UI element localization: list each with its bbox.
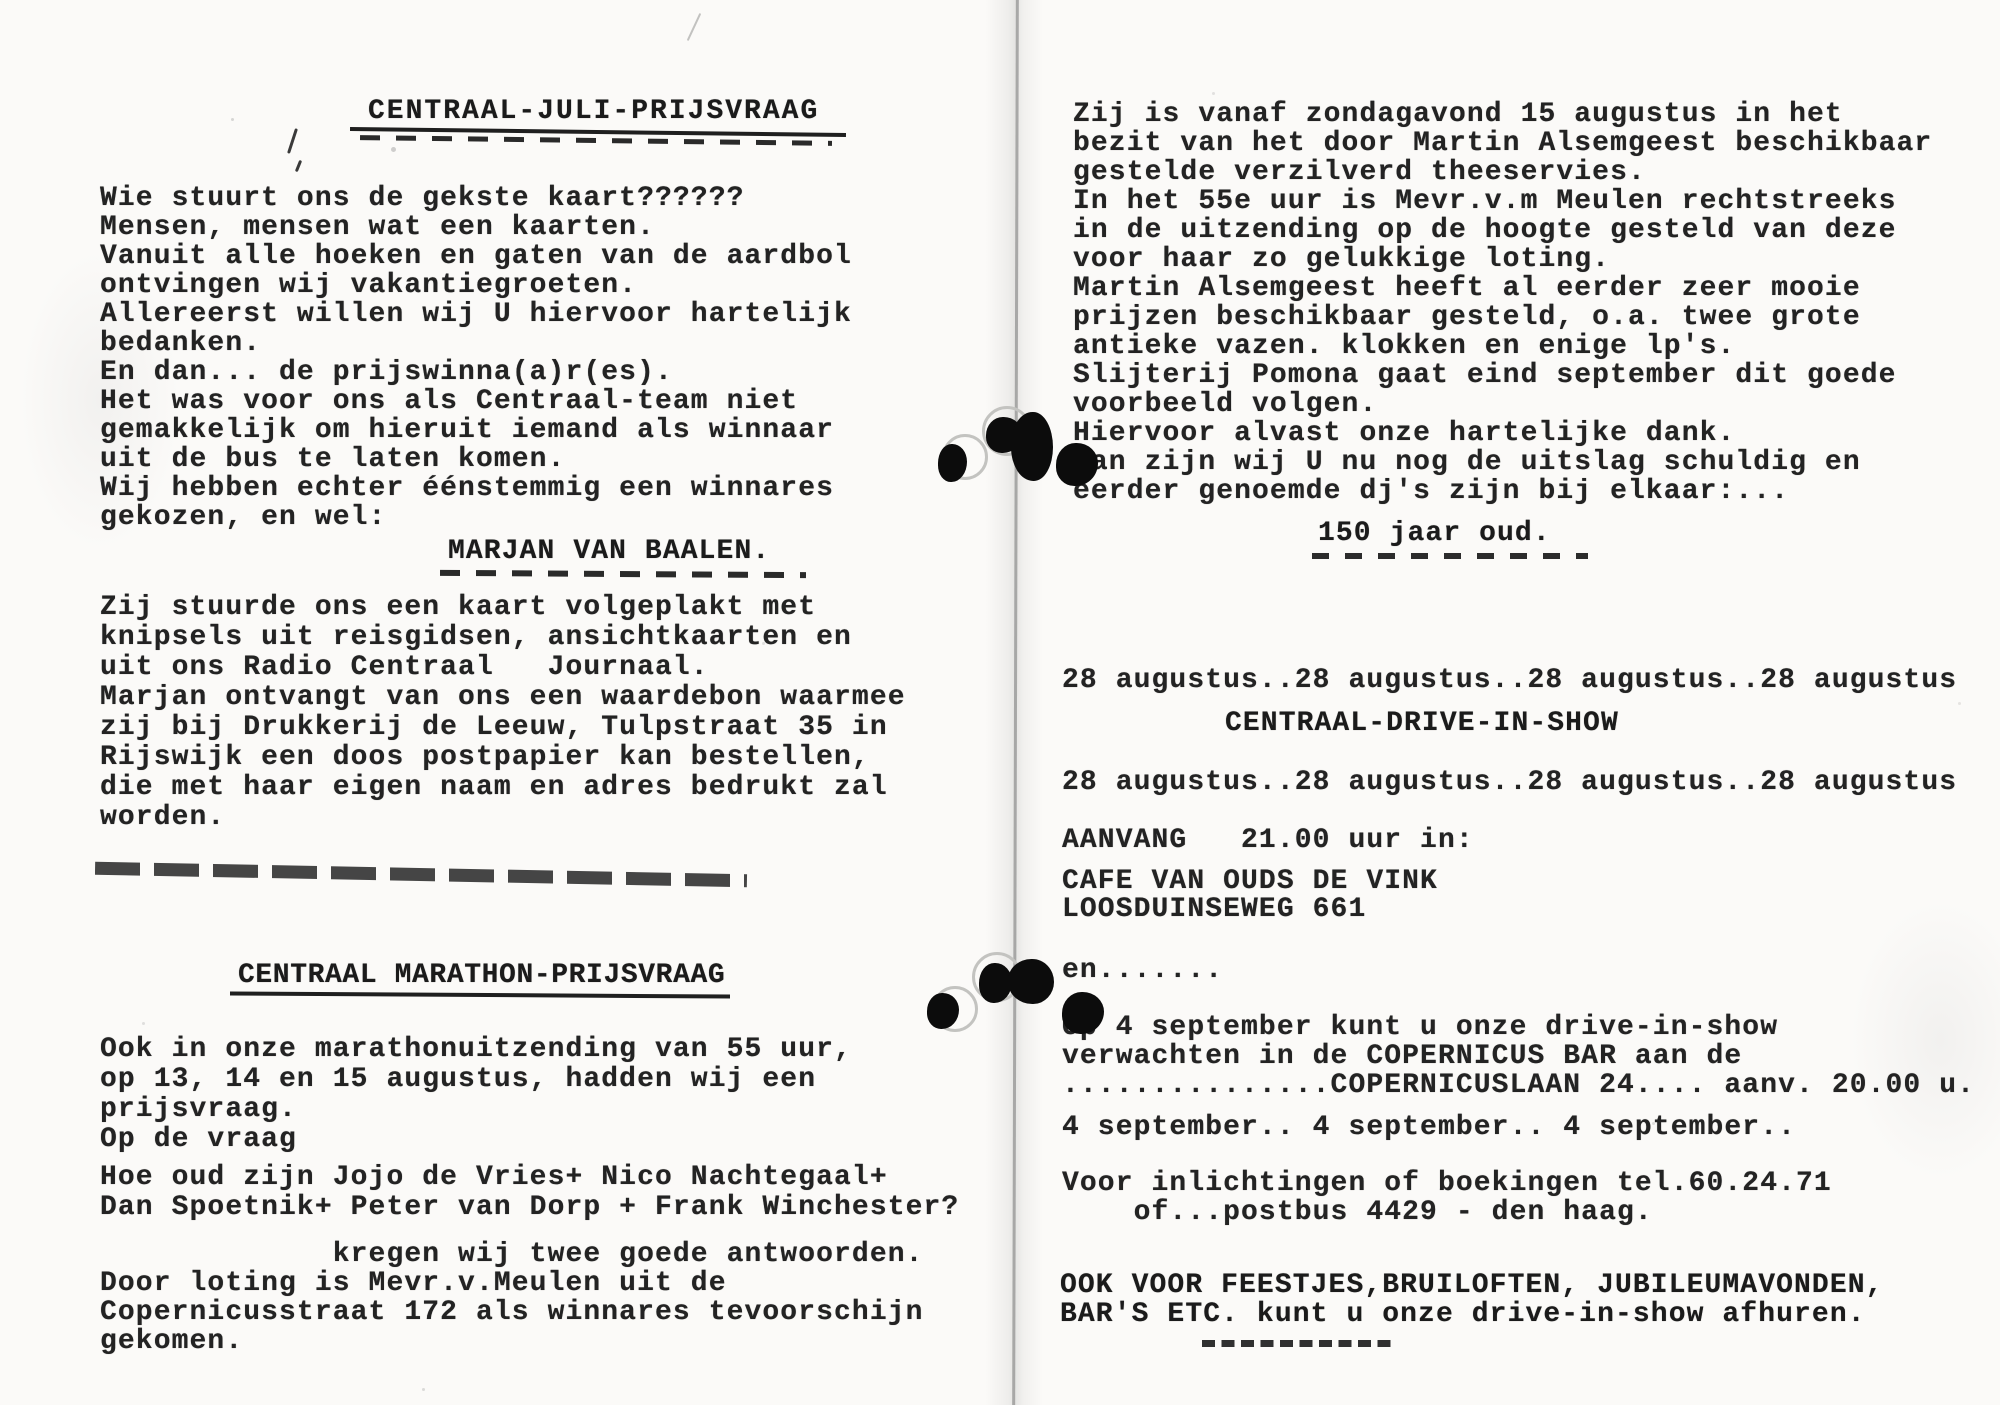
text-line: Hiervoor alvast onze hartelijke dank. — [1073, 419, 1932, 448]
text-line: knipsels uit reisgidsen, ansichtkaarten … — [100, 623, 906, 653]
text-line: bezit van het door Martin Alsemgeest bes… — [1073, 129, 1932, 158]
prize-description-paragraph: Zij stuurde ons een kaart volgeplakt met… — [100, 593, 906, 833]
show-title: CENTRAAL-DRIVE-IN-SHOW — [1225, 709, 1619, 738]
text-line: Rijswijk een doos postpapier kan bestell… — [100, 743, 906, 773]
en-line: en....... — [1062, 956, 1223, 985]
scratch-mark-faint — [687, 13, 701, 41]
text-line: eerder genoemde dj's zijn bij elkaar:... — [1073, 477, 1932, 506]
text-line: die met haar eigen naam en adres bedrukt… — [100, 773, 906, 803]
text-line: Marjan ontvangt van ons een waardebon wa… — [100, 683, 906, 713]
contact-paragraph: Voor inlichtingen of boekingen tel.60.24… — [1062, 1169, 1832, 1227]
scratch-mark — [287, 128, 298, 154]
footer-paragraph: OOK VOOR FEESTJES,BRUILOFTEN, JUBILEUMAV… — [1060, 1271, 1884, 1329]
text-line: gemakkelijk om hieruit iemand als winnaa… — [100, 416, 852, 445]
text-line: Wij hebben echter éénstemmig een winnare… — [100, 474, 852, 503]
text-line: OOK VOOR FEESTJES,BRUILOFTEN, JUBILEUMAV… — [1060, 1271, 1884, 1300]
text-line: antieke vazen. klokken en enige lp's. — [1073, 332, 1932, 361]
heading-juli-prijsvraag: CENTRAAL-JULI-PRIJSVRAAG — [368, 97, 819, 126]
heading-juli-dashed-underline — [360, 135, 832, 146]
september-paragraph: Op 4 september kunt u onze drive-in-show… — [1062, 1013, 1975, 1100]
marathon-result-paragraph: kregen wij twee goede antwoorden.Door lo… — [100, 1240, 924, 1356]
text-line: Martin Alsemgeest heeft al eerder zeer m… — [1073, 274, 1932, 303]
text-line: voorbeeld volgen. — [1073, 390, 1932, 419]
text-line: Copernicusstraat 172 als winnares tevoor… — [100, 1298, 924, 1327]
heading-marathon-prijsvraag: CENTRAAL MARATHON-PRIJSVRAAG — [238, 961, 725, 990]
scanned-newsletter-spread: CENTRAAL-JULI-PRIJSVRAAG Wie stuurt ons … — [0, 0, 2000, 1405]
age-answer-dashed-underline — [1312, 553, 1588, 559]
binding-hole-blob — [1011, 412, 1053, 481]
text-line: Door loting is Mevr.v.Meulen uit de — [100, 1269, 924, 1298]
marathon-question-paragraph: Hoe oud zijn Jojo de Vries+ Nico Nachteg… — [100, 1163, 959, 1223]
text-line: voor haar zo gelukkige loting. — [1073, 245, 1932, 274]
juli-intro-paragraph: Wie stuurt ons de gekste kaart??????Mens… — [100, 184, 852, 532]
text-line: In het 55e uur is Mevr.v.m Meulen rechts… — [1073, 187, 1932, 216]
section-separator-dashes — [95, 862, 747, 888]
venue-address: CAFE VAN OUDS DE VINKLOOSDUINSEWEG 661 — [1062, 868, 1438, 924]
text-line: zij bij Drukkerij de Leeuw, Tulpstraat 3… — [100, 713, 906, 743]
age-answer: 150 jaar oud. — [1318, 519, 1551, 548]
winner-name: MARJAN VAN BAALEN. — [448, 537, 770, 566]
text-line: Vanuit alle hoeken en gaten van de aardb… — [100, 242, 852, 271]
text-line: worden. — [100, 803, 906, 833]
text-line: Op 4 september kunt u onze drive-in-show — [1062, 1013, 1975, 1042]
scratch-mark — [295, 160, 302, 172]
text-line: uit de bus te laten komen. — [100, 445, 852, 474]
text-line: CAFE VAN OUDS DE VINK — [1062, 868, 1438, 896]
september-banner: 4 september.. 4 september.. 4 september.… — [1062, 1113, 1796, 1142]
text-line: uit ons Radio Centraal Journaal. — [100, 653, 906, 683]
text-line: Voor inlichtingen of boekingen tel.60.24… — [1062, 1169, 1832, 1198]
text-line: Slijterij Pomona gaat eind september dit… — [1073, 361, 1932, 390]
text-line: BAR'S ETC. kunt u onze drive-in-show afh… — [1060, 1300, 1884, 1329]
marathon-intro-paragraph: Ook in onze marathonuitzending van 55 uu… — [100, 1035, 852, 1155]
text-line: gestelde verzilverd theeservies. — [1073, 158, 1932, 187]
text-line: ...............COPERNICUSLAAN 24.... aan… — [1062, 1071, 1975, 1100]
prize-detail-paragraph: Zij is vanaf zondagavond 15 augustus in … — [1073, 100, 1932, 506]
text-line: gekomen. — [100, 1327, 924, 1356]
winner-name-dashed-underline — [440, 570, 806, 578]
text-line: ontvingen wij vakantiegroeten. — [100, 271, 852, 300]
text-line: op 13, 14 en 15 augustus, hadden wij een — [100, 1065, 852, 1095]
text-line: Dan Spoetnik+ Peter van Dorp + Frank Win… — [100, 1193, 959, 1223]
aanvang-line: AANVANG 21.00 uur in: — [1062, 826, 1474, 855]
text-line: En dan... de prijswinna(a)r(es). — [100, 358, 852, 387]
text-line: Hoe oud zijn Jojo de Vries+ Nico Nachteg… — [100, 1163, 959, 1193]
text-line: Op de vraag — [100, 1125, 852, 1155]
text-line: prijsvraag. — [100, 1095, 852, 1125]
text-line: Zij stuurde ons een kaart volgeplakt met — [100, 593, 906, 623]
text-line: Zij is vanaf zondagavond 15 augustus in … — [1073, 100, 1932, 129]
paper-specks — [0, 0, 3, 3]
binding-hole-blob — [1008, 959, 1054, 1004]
text-line: in de uitzending op de hoogte gesteld va… — [1073, 216, 1932, 245]
text-line: prijzen beschikbaar gesteld, o.a. twee g… — [1073, 303, 1932, 332]
text-line: Allereerst willen wij U hiervoor harteli… — [100, 300, 852, 329]
text-line: gekozen, en wel: — [100, 503, 852, 532]
text-line: of...postbus 4429 - den haag. — [1062, 1198, 1832, 1227]
text-line: Dan zijn wij U nu nog de uitslag schuldi… — [1073, 448, 1932, 477]
augustus-banner-top: 28 augustus..28 augustus..28 augustus..2… — [1062, 666, 1957, 695]
text-line: verwachten in de COPERNICUS BAR aan de — [1062, 1042, 1975, 1071]
text-line: LOOSDUINSEWEG 661 — [1062, 896, 1438, 924]
augustus-banner-bottom: 28 augustus..28 augustus..28 augustus..2… — [1062, 768, 1957, 797]
text-line: kregen wij twee goede antwoorden. — [100, 1240, 924, 1269]
text-line: Mensen, mensen wat een kaarten. — [100, 213, 852, 242]
footer-dashed-rule — [1202, 1340, 1394, 1347]
text-line: Het was voor ons als Centraal-team niet — [100, 387, 852, 416]
text-line: Wie stuurt ons de gekste kaart?????? — [100, 184, 852, 213]
heading-marathon-underline — [230, 991, 730, 998]
text-line: bedanken. — [100, 329, 852, 358]
text-line: Ook in onze marathonuitzending van 55 uu… — [100, 1035, 852, 1065]
